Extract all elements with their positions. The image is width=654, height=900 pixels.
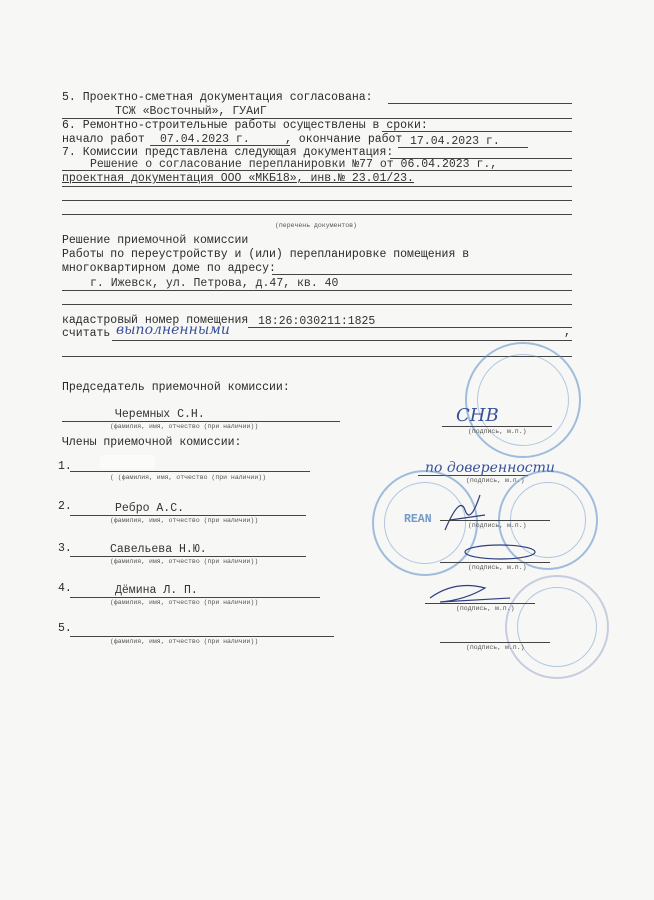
member-name-caption: (фамилия, имя, отчество (при наличии)) <box>110 517 258 525</box>
underline <box>382 131 572 132</box>
consider-handwritten-value: выполненными <box>116 322 230 338</box>
underline <box>248 327 572 328</box>
chairman-title: Председатель приемочной комиссии: <box>62 381 290 394</box>
underline <box>62 214 572 215</box>
signature-line <box>425 603 535 604</box>
organization-stamp-1 <box>465 342 581 458</box>
member-name-caption: ( (фамилия, имя, отчество (при наличии)) <box>110 474 266 482</box>
section6-label: 6. Ремонтно-строительные работы осуществ… <box>62 119 428 132</box>
members-title: Члены приемочной комиссии: <box>62 436 241 449</box>
address-value: г. Ижевск, ул. Петрова, д.47, кв. 40 <box>90 277 338 290</box>
decision-text-1: Работы по переустройству и (или) перепла… <box>62 248 469 261</box>
documents-line-2: проектная документация ООО «МКБ18», инв.… <box>62 172 414 185</box>
underline <box>112 340 572 341</box>
stamp-logo-text: REAN <box>404 513 432 526</box>
member-sign-caption: (подпись, м.п.) <box>468 522 527 530</box>
member-name: Ребро А.С. <box>115 502 184 515</box>
signature-line <box>442 426 552 427</box>
section5-label: 5. Проектно-сметная документация согласо… <box>62 91 373 104</box>
underline <box>62 290 572 291</box>
member-sign-caption: (подпись, м.п.) <box>456 605 515 613</box>
chairman-sign-caption: (подпись, м.п.) <box>468 428 527 436</box>
underline <box>62 200 572 201</box>
underline <box>398 147 528 148</box>
member-name-caption: (фамилия, имя, отчество (при наличии)) <box>110 599 258 607</box>
chairman-signature: СНВ <box>456 405 499 426</box>
underline <box>62 304 572 305</box>
end-label: , окончание работ <box>285 133 402 146</box>
member-4-signature <box>425 580 515 605</box>
underline <box>388 103 572 104</box>
documents-caption: (перечень документов) <box>275 222 357 230</box>
member-name: Дёмина Л. П. <box>115 584 198 597</box>
chairman-name: Черемных С.Н. <box>115 408 205 421</box>
underline <box>70 515 306 516</box>
member-sign-caption: (подпись, м.п.) <box>468 564 527 572</box>
start-label: начало работ <box>62 133 145 146</box>
underline <box>62 186 572 187</box>
underline <box>70 636 334 637</box>
underline <box>70 471 310 472</box>
comma: , <box>564 326 571 339</box>
member-number: 3. <box>58 542 72 555</box>
signature-line <box>440 642 550 643</box>
decision-text-2: многоквартирном доме по адресу: <box>62 262 276 275</box>
decision-title: Решение приемочной комиссии <box>62 234 248 247</box>
member-sign-caption: (подпись, м.п.) <box>466 644 525 652</box>
underline <box>62 170 572 171</box>
consider-label: считать <box>62 327 110 340</box>
member-name-caption: (фамилия, имя, отчество (при наличии)) <box>110 638 258 646</box>
signature-line <box>440 520 550 521</box>
member-number: 4. <box>58 582 72 595</box>
underline <box>272 274 572 275</box>
member-name: Савельева Н.Ю. <box>110 543 207 556</box>
underline <box>62 421 340 422</box>
member-number: 5. <box>58 622 72 635</box>
chairman-name-caption: (фамилия, имя, отчество (при наличии)) <box>110 423 258 431</box>
underline <box>70 556 306 557</box>
signature-line <box>440 562 550 563</box>
underline <box>70 597 320 598</box>
section5-value: ТСЖ «Восточный», ГУАиГ <box>115 105 267 118</box>
member-name-caption: (фамилия, имя, отчество (при наличии)) <box>110 558 258 566</box>
member-number: 2. <box>58 500 72 513</box>
redacted-area <box>100 455 155 469</box>
organization-stamp-4 <box>505 575 609 679</box>
